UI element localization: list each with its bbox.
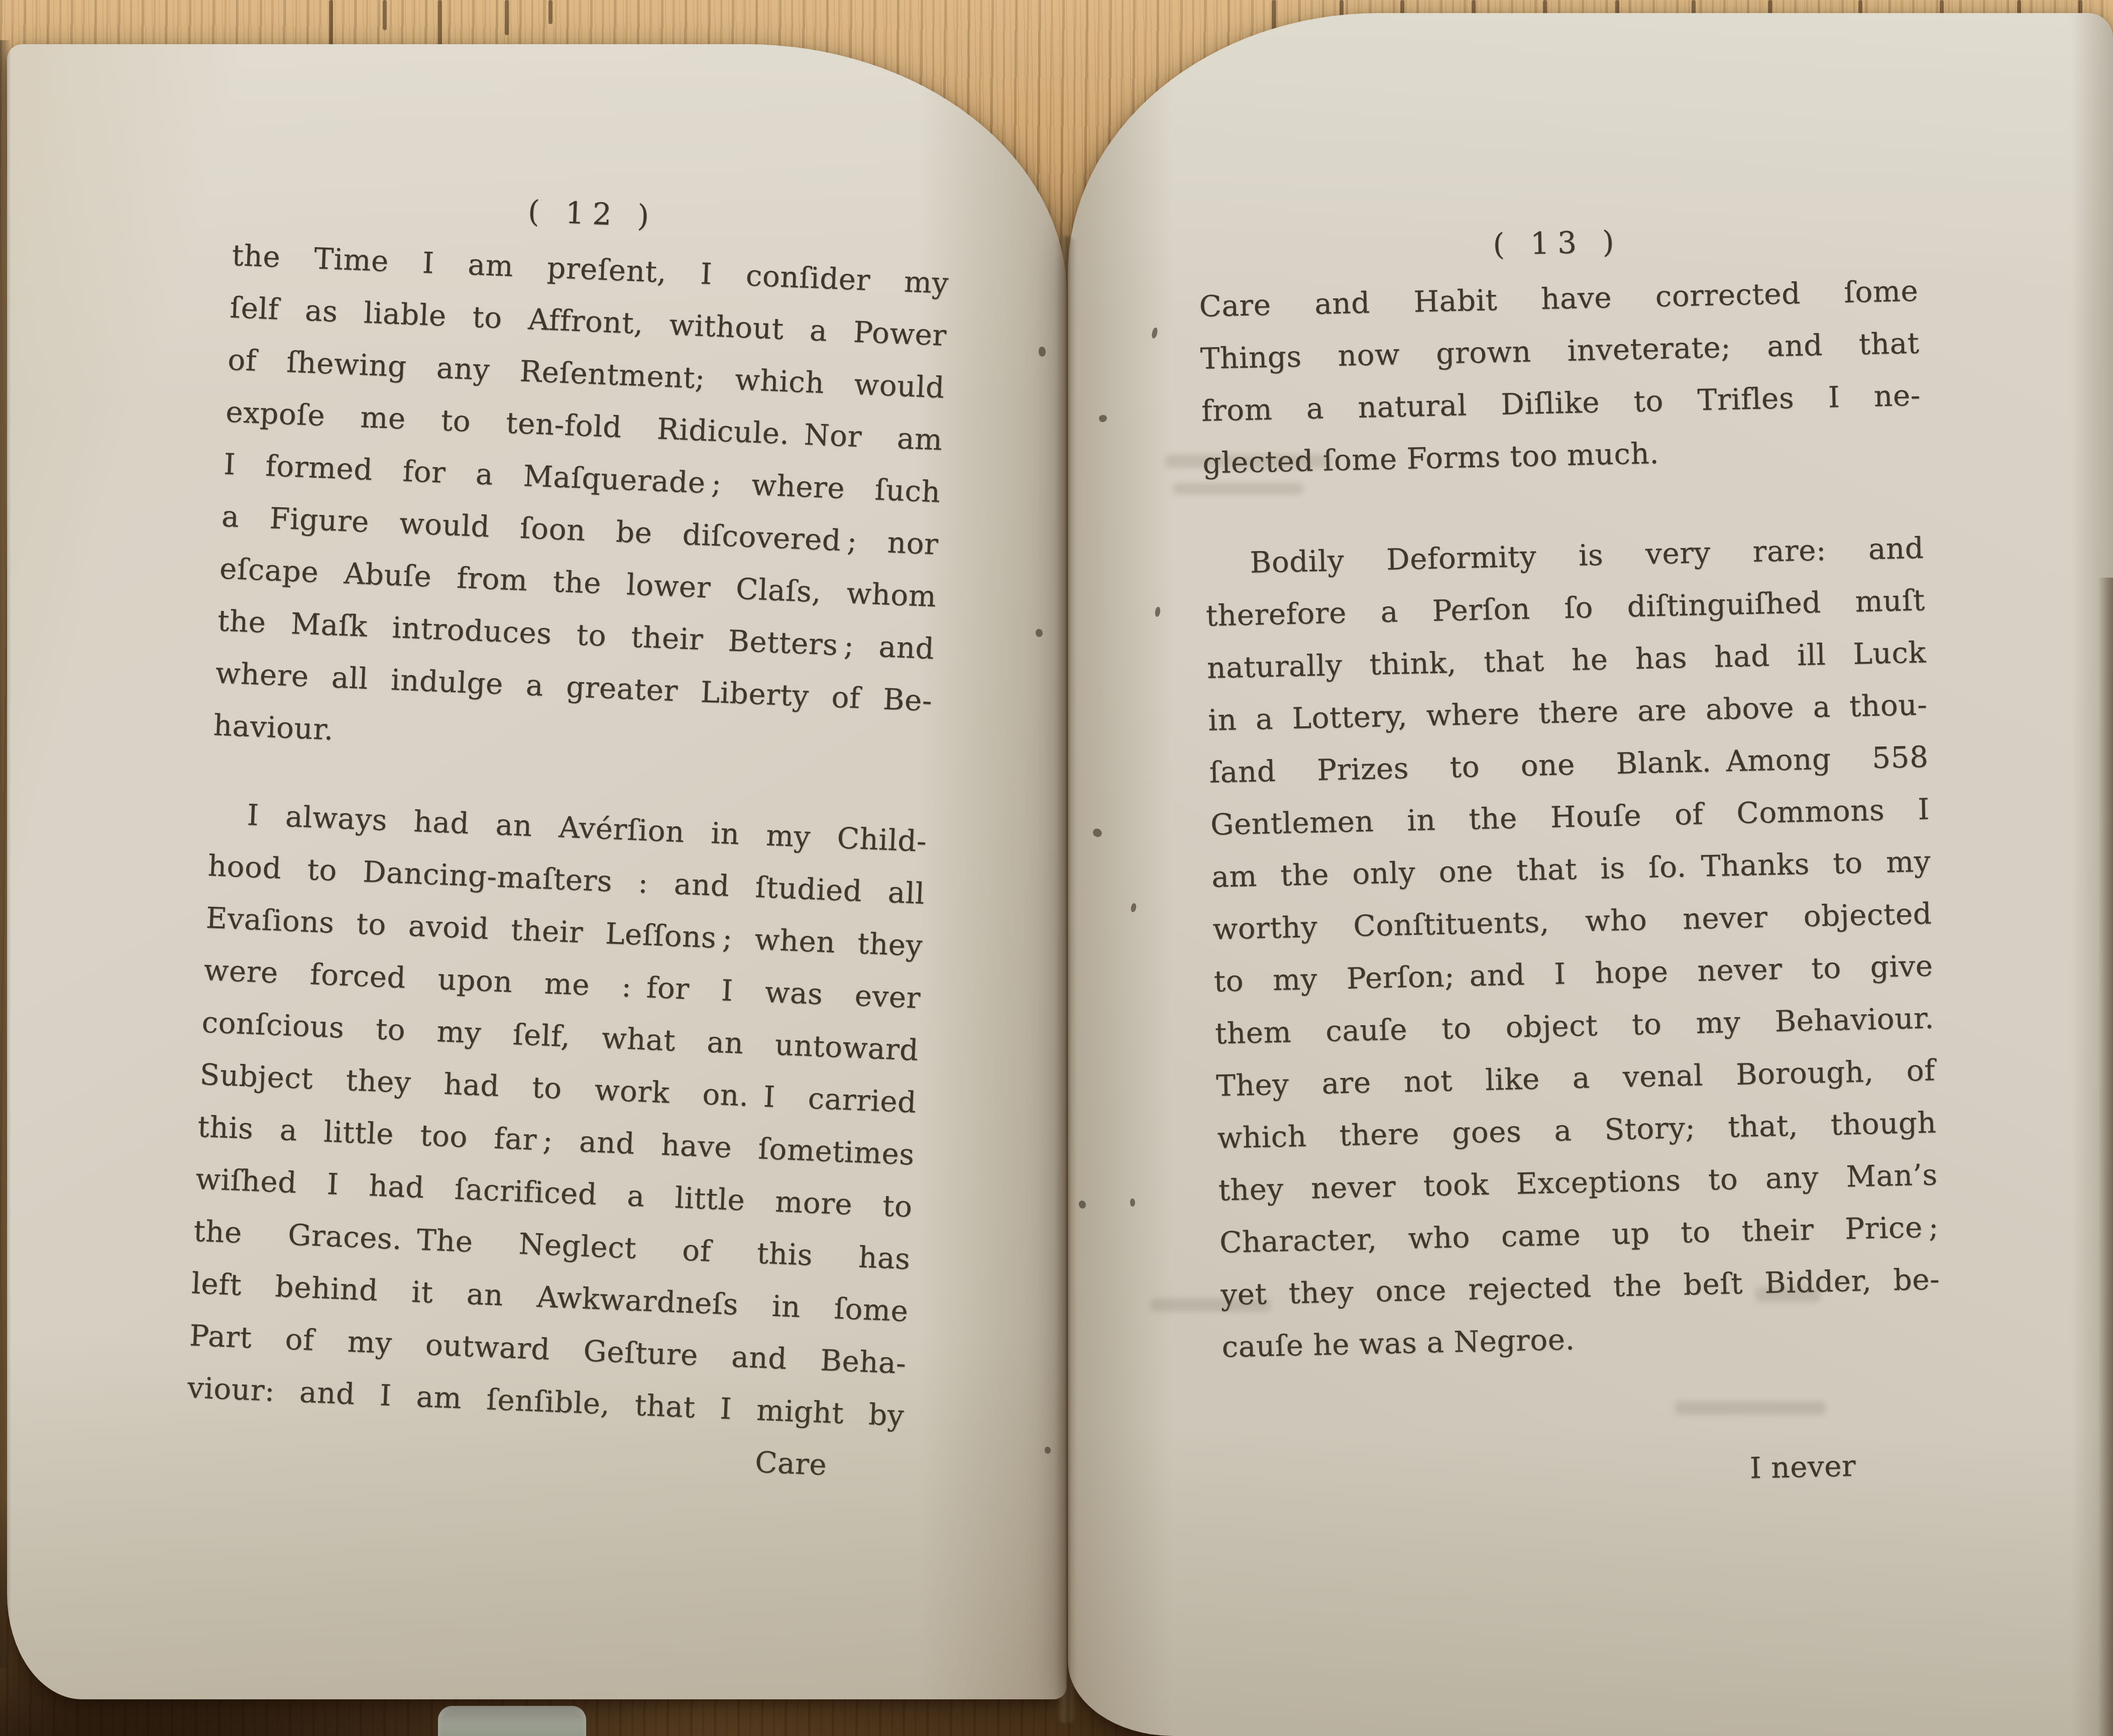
right-page-text: ( 13 ) Care and Habit have corrected ſom…: [1197, 211, 1944, 1506]
photo-of-open-book: ( 12 ) the Time I am preſent, I conſider…: [0, 0, 2113, 1736]
book-gutter: [1056, 236, 1077, 1723]
ink-speck: [1039, 347, 1046, 357]
wood-grain-streak: [383, 0, 387, 30]
left-page-edge-shadow: [0, 40, 11, 1668]
right-page-body: Care and Habit have corrected ſomeThings…: [1198, 265, 1941, 1373]
ink-speck: [1045, 1447, 1051, 1454]
ink-speck: [1036, 629, 1043, 637]
wood-grain-streak: [329, 0, 333, 48]
wood-grain-streak: [548, 0, 552, 24]
wood-grain-streak: [505, 0, 509, 35]
left-page-body: the Time I am preſent, I conſider myſelf…: [186, 229, 950, 1442]
right-fore-edge-shadow: [2098, 578, 2113, 1736]
ink-speck: [1130, 1199, 1135, 1207]
left-page-text: ( 12 ) the Time I am preſent, I conſider…: [184, 176, 952, 1494]
support-wedge: [438, 1706, 586, 1736]
